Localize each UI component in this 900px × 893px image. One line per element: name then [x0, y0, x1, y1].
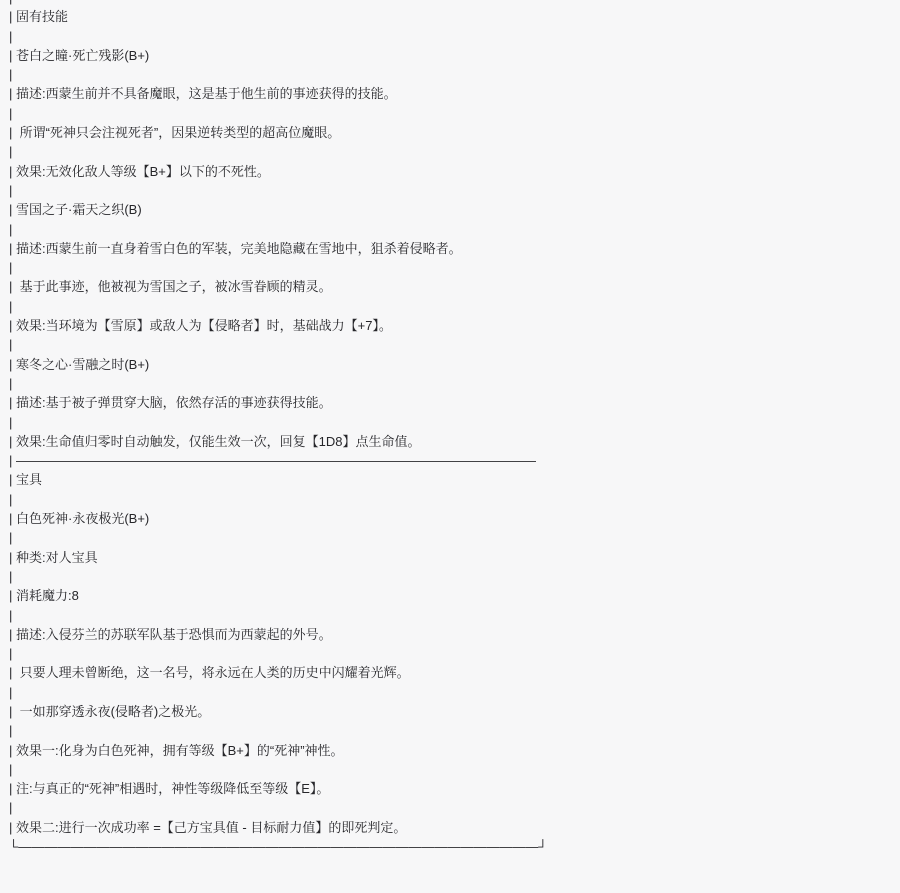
text-line: | 苍白之瞳·死亡残影(B+)	[9, 46, 900, 65]
text-line: | 宝具	[9, 470, 900, 489]
text-line: | 描述:入侵芬兰的苏联军队基于恐惧而为西蒙起的外号。	[9, 625, 900, 644]
text-line: |	[9, 490, 900, 509]
text-line: |	[9, 683, 900, 702]
text-line: | 寒冬之心·雪融之时(B+)	[9, 355, 900, 374]
text-line: |	[9, 142, 900, 161]
text-line: |	[9, 606, 900, 625]
text-line: └———————————————————————————————————————…	[9, 837, 900, 856]
text-line: |	[9, 258, 900, 277]
text-line: | 效果:当环境为【雪原】或敌人为【侵略者】时，基础战力【+7】。	[9, 316, 900, 335]
text-line: |	[9, 0, 900, 7]
text-line: |	[9, 721, 900, 740]
text-line: |	[9, 181, 900, 200]
text-line: | 描述:西蒙生前并不具备魔眼，这是基于他生前的事迹获得的技能。	[9, 84, 900, 103]
text-line: | 固有技能	[9, 7, 900, 26]
text-line: |	[9, 104, 900, 123]
text-line: |	[9, 297, 900, 316]
text-line: | ——————————————————————————————————————…	[9, 451, 900, 470]
text-line: | 效果一:化身为白色死神，拥有等级【B+】的“死神”神性。	[9, 741, 900, 760]
text-line: |	[9, 220, 900, 239]
text-line: | 一如那穿透永夜(侵略者)之极光。	[9, 702, 900, 721]
text-line: |	[9, 27, 900, 46]
text-line: |	[9, 528, 900, 547]
text-line: |	[9, 374, 900, 393]
text-line: |	[9, 644, 900, 663]
text-line: | 种类:对人宝具	[9, 548, 900, 567]
text-line: | 所谓“死神只会注视死者”，因果逆转类型的超高位魔眼。	[9, 123, 900, 142]
text-line: |	[9, 335, 900, 354]
text-line: | 描述:基于被子弹贯穿大脑，依然存活的事迹获得技能。	[9, 393, 900, 412]
text-line: |	[9, 65, 900, 84]
text-line: |	[9, 760, 900, 779]
text-line: | 只要人理未曾断绝，这一名号，将永远在人类的历史中闪耀着光辉。	[9, 663, 900, 682]
text-document: || 固有技能|| 苍白之瞳·死亡残影(B+)|| 描述:西蒙生前并不具备魔眼，…	[0, 0, 900, 856]
text-line: | 描述:西蒙生前一直身着雪白色的军装，完美地隐藏在雪地中，狙杀着侵略者。	[9, 239, 900, 258]
page-background: { "page": { "background_color": "#f7f7f8…	[0, 0, 900, 893]
text-line: |	[9, 567, 900, 586]
text-line: | 消耗魔力:8	[9, 586, 900, 605]
text-line: | 效果:无效化敌人等级【B+】以下的不死性。	[9, 162, 900, 181]
text-line: |	[9, 798, 900, 817]
text-line: | 效果二:进行一次成功率 =【己方宝具值 - 目标耐力值】的即死判定。	[9, 818, 900, 837]
text-line: | 雪国之子·霜天之织(B)	[9, 200, 900, 219]
text-line: | 白色死神·永夜极光(B+)	[9, 509, 900, 528]
text-line: |	[9, 413, 900, 432]
text-line: | 基于此事迹，他被视为雪国之子，被冰雪眷顾的精灵。	[9, 277, 900, 296]
text-line: | 效果:生命值归零时自动触发，仅能生效一次，回复【1D8】点生命值。	[9, 432, 900, 451]
text-line: | 注:与真正的“死神”相遇时，神性等级降低至等级【E】。	[9, 779, 900, 798]
